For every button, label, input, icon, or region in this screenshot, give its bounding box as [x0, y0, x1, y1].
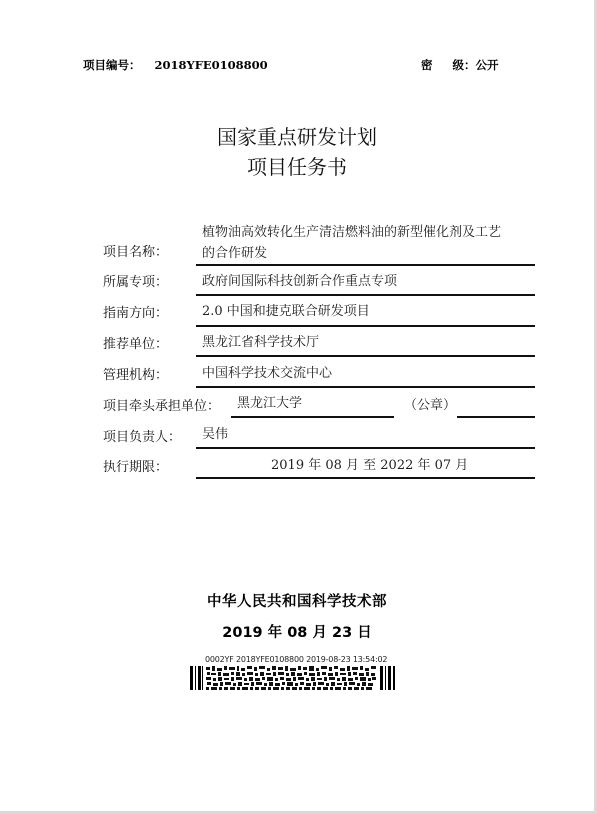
issuing-organization: 中华人民共和国科学技术部 [0, 590, 594, 611]
project-number-label: 项目编号： [83, 58, 141, 72]
project-leader-underline [196, 447, 535, 449]
project-number: 项目编号：2018YFE0108800 [83, 57, 268, 73]
secrecy-label-1: 密 [421, 58, 433, 72]
project-name-underline [196, 264, 535, 266]
barcode-icon [190, 666, 396, 690]
project-number-value: 2018YFE0108800 [155, 58, 268, 72]
seal-underline [457, 416, 535, 418]
managing-agency-underline [196, 386, 535, 388]
issue-date: 2019 年 08 月 23 日 [0, 621, 594, 642]
project-leader-label: 项目负责人： [103, 426, 181, 445]
guide-direction-underline [196, 325, 535, 327]
recommending-unit-underline [196, 355, 535, 357]
barcode-caption: 0002YF 2018YFE0108800 2019-08-23 13:54:0… [205, 655, 387, 664]
managing-agency-value: 中国科学技术交流中心 [202, 362, 332, 381]
period-underline [196, 477, 535, 479]
period-value: 2019 年 08 月 至 2022 年 07 月 [271, 454, 468, 473]
lead-unit-value: 黑龙江大学 [237, 392, 302, 411]
secrecy-label-2: 级：公开 [453, 58, 499, 72]
document-title: 国家重点研发计划 [0, 121, 594, 150]
document-subtitle: 项目任务书 [0, 151, 594, 180]
recommending-unit-label: 推荐单位： [103, 333, 168, 352]
project-name-value-line1: 植物油高效转化生产清洁燃料油的新型催化剂及工艺 [202, 221, 501, 240]
program-value: 政府间国际科技创新合作重点专项 [202, 270, 397, 289]
program-underline [196, 294, 535, 296]
project-name-label: 项目名称： [103, 241, 168, 260]
lead-unit-underline [231, 416, 394, 418]
seal-label: （公章） [404, 394, 456, 413]
secrecy-level: 密级：公开 [421, 57, 499, 73]
lead-unit-label: 项目牵头承担单位： [103, 395, 220, 414]
guide-direction-value: 2.0 中国和捷克联合研发项目 [202, 300, 370, 319]
period-label: 执行期限： [103, 456, 168, 475]
document-page: 项目编号：2018YFE0108800 密级：公开 国家重点研发计划 项目任务书… [0, 0, 594, 811]
recommending-unit-value: 黑龙江省科学技术厅 [202, 331, 319, 350]
project-name-value-line2: 的合作研发 [202, 242, 267, 261]
program-label: 所属专项： [103, 271, 168, 290]
project-leader-value: 吴伟 [202, 423, 228, 442]
guide-direction-label: 指南方向： [103, 302, 168, 321]
managing-agency-label: 管理机构： [103, 364, 168, 383]
